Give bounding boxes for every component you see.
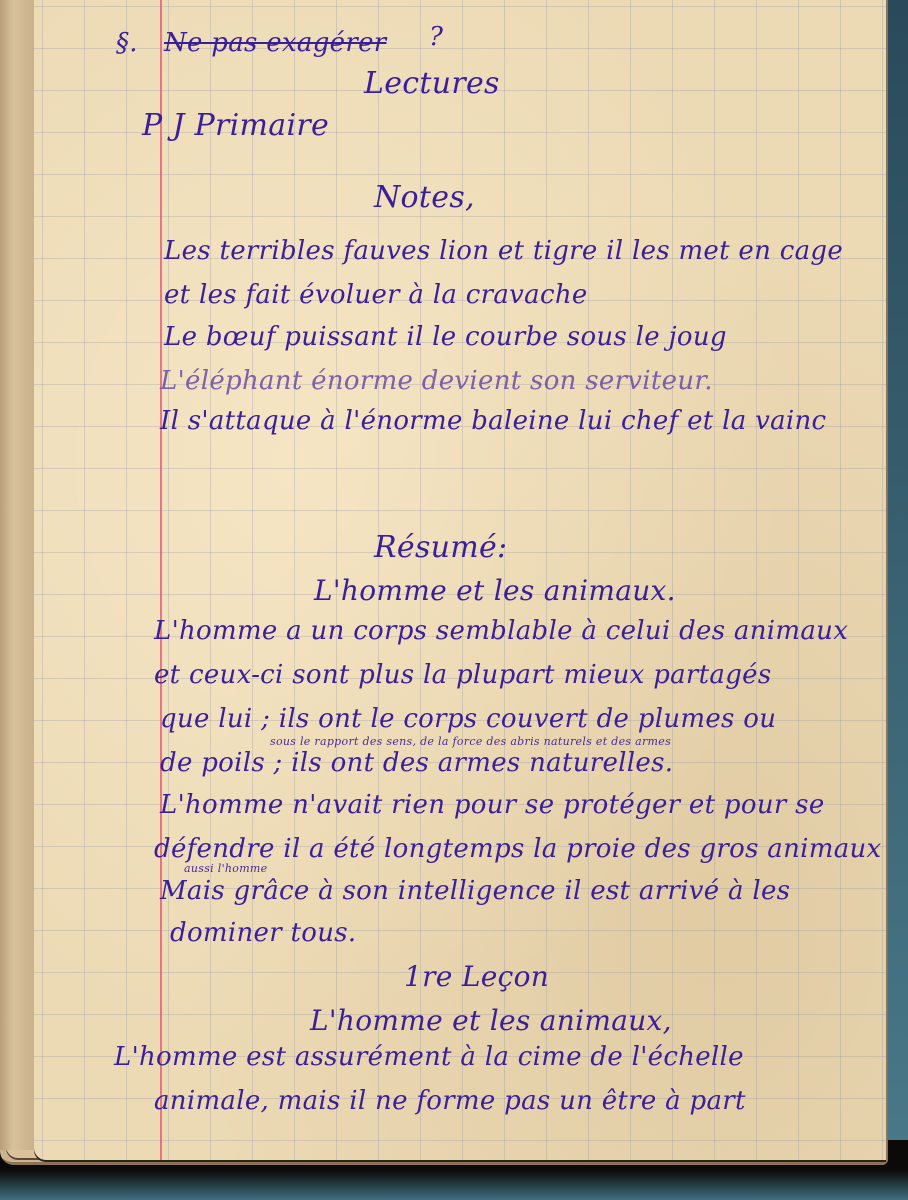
resume-line: et ceux-ci sont plus la plupart mieux pa…: [154, 660, 772, 690]
resume-line: Mais grâce à son intelligence il est arr…: [160, 876, 790, 906]
resume-title: Résumé:: [374, 530, 507, 565]
lesson-line: animale, mais il ne forme pas un être à …: [154, 1086, 746, 1116]
notes-line: et les fait évoluer à la cravache: [164, 280, 588, 310]
resume-line: L'homme n'avait rien pour se protéger et…: [160, 790, 825, 820]
margin-line: [160, 0, 162, 1160]
resume-line: L'homme a un corps semblable à celui des…: [154, 616, 848, 646]
resume-subtitle: L'homme et les animaux.: [314, 574, 676, 607]
heading-lectures: Lectures: [364, 66, 500, 101]
struck-header: Ne pas exagérer: [164, 28, 386, 58]
lesson-line: L'homme est assurément à la cime de l'éc…: [114, 1042, 744, 1072]
resume-line: de poils ; ils ont des armes naturelles.: [160, 748, 673, 778]
lesson-title: 1re Leçon: [404, 960, 549, 993]
notes-line: L'éléphant énorme devient son serviteur.: [160, 366, 713, 396]
notes-line: Il s'attaque à l'énorme baleine lui chef…: [160, 406, 826, 436]
suffix-mark: ?: [429, 22, 443, 52]
lesson-subtitle: L'homme et les animaux,: [310, 1004, 672, 1037]
resume-insertion: aussi l'homme: [184, 862, 267, 875]
notes-line: Les terribles fauves lion et tigre il le…: [164, 236, 843, 266]
notes-title: Notes,: [374, 180, 475, 215]
resume-line: dominer tous.: [170, 918, 356, 948]
resume-line: que lui ; ils ont le corps couvert de pl…: [160, 704, 776, 734]
prefix-mark: §.: [116, 28, 138, 58]
notebook-binding-edge: [0, 0, 35, 1150]
resume-insertion: sous le rapport des sens, de la force de…: [270, 735, 671, 748]
resume-line: défendre il a été longtemps la proie des…: [154, 834, 882, 864]
notebook-page: §. Ne pas exagérer ? Lectures P J Primai…: [34, 0, 886, 1160]
subheading-primaire: P J Primaire: [142, 108, 329, 143]
notes-line: Le bœuf puissant il le courbe sous le jo…: [164, 322, 727, 352]
